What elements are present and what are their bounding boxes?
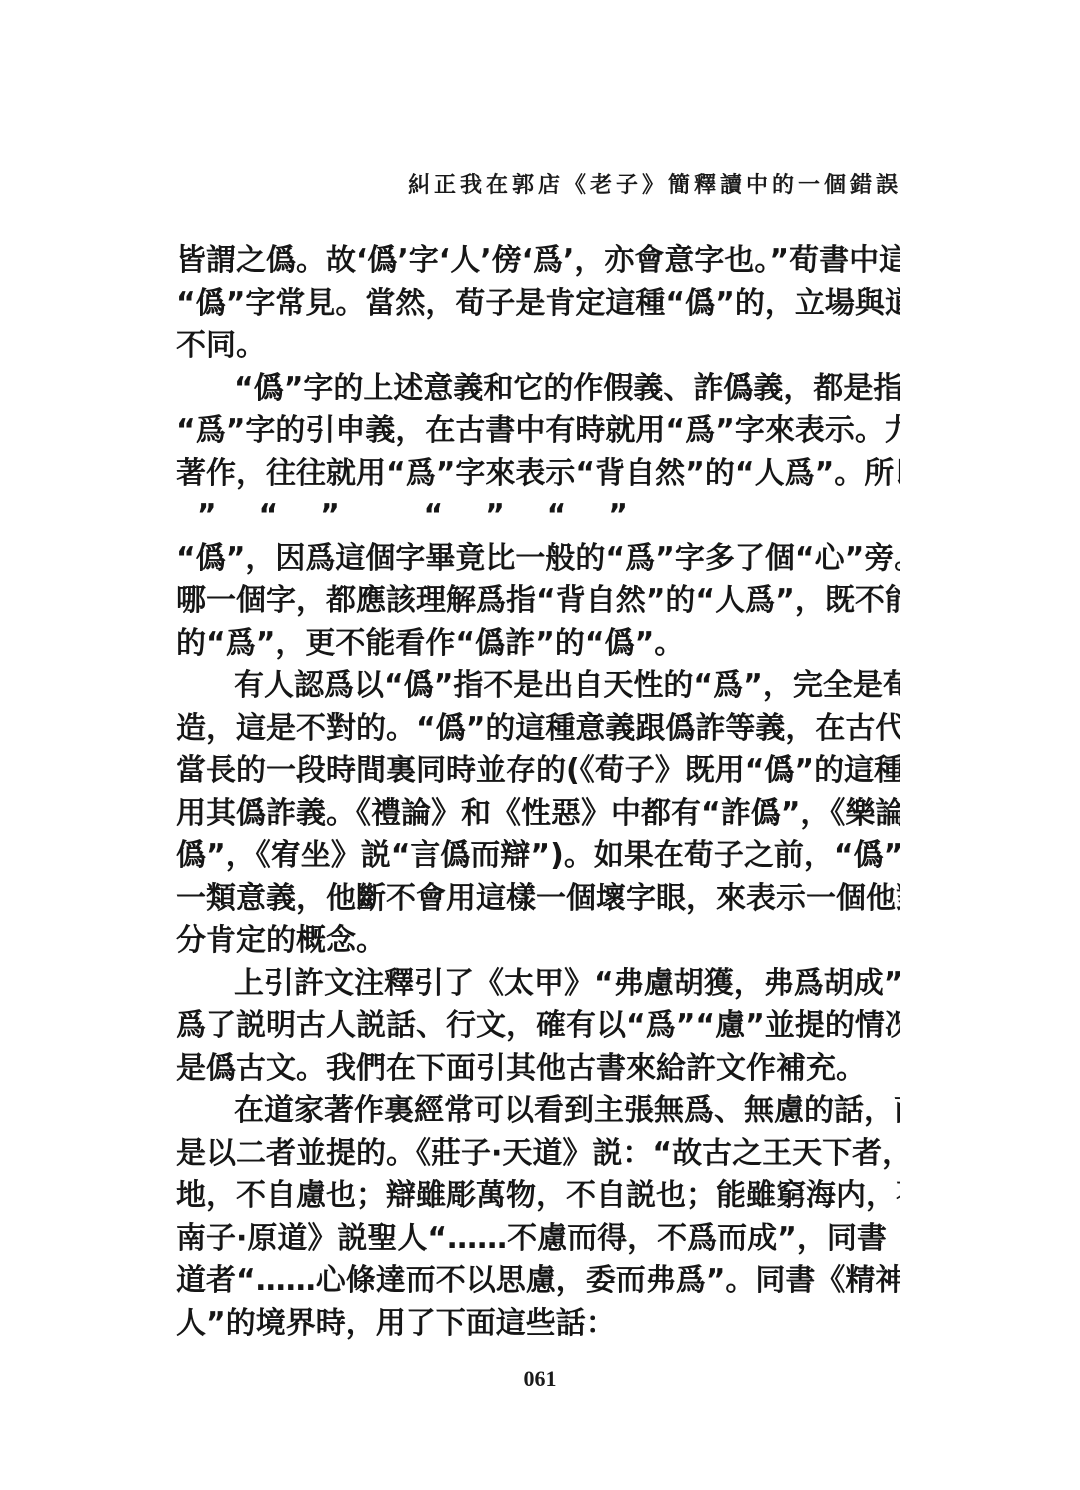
text-line: “僞”，因爲這個字畢竟比一般的“爲”字多了個“心”旁。不管釋爲 — [176, 538, 900, 581]
text-line: 分肯定的概念。 — [176, 920, 900, 963]
text-line: 是以二者並提的。《莊子·天道》説：“故古之王天下者，知雖落天 — [176, 1133, 900, 1176]
text-line: “僞”字的上述意義和它的作假義、詐僞義，都是指一般作爲的 — [176, 368, 900, 411]
text-line: 上引許文注釋引了《太甲》“弗慮胡獲，弗爲胡成”之語，當是 — [176, 963, 900, 1006]
running-head: 糾正我在郭店《老子》簡釋讀中的一個錯誤 — [408, 168, 902, 199]
text-line: 僞”，《宥坐》説“言僞而辯”)。如果在荀子之前，“僞”字只有僞詐 — [176, 835, 900, 878]
text-line: 𢡺”的“𢡺”釋讀爲“僞”或“爲”，都是可以的。但我傾向於釋 — [176, 495, 900, 538]
text-line: 地，不自慮也；辯雖彫萬物，不自説也；能雖窮海内，不自爲也。”《淮 — [176, 1175, 900, 1218]
text-line: 不同。 — [176, 325, 900, 368]
paragraph: “僞”字的上述意義和它的作假義、詐僞義，都是指一般作爲的 “爲”字的引申義，在古… — [176, 368, 900, 666]
page-number: 061 — [0, 1366, 1080, 1392]
paragraph: 在道家著作裏經常可以看到主張無爲、無慮的話，而且有時正 是以二者並提的。《莊子·… — [176, 1090, 900, 1345]
body-text: 皆謂之僞。故‘僞’字‘人’傍‘爲’，亦會意字也。”荀書中這種 “僞”字常見。當然… — [176, 240, 900, 1345]
text-line: 人”的境界時，用了下面這些話： — [176, 1303, 900, 1346]
paragraph: 上引許文注釋引了《太甲》“弗慮胡獲，弗爲胡成”之語，當是 爲了説明古人説話、行文… — [176, 963, 900, 1091]
text-line: 著作，往往就用“爲”字來表示“背自然”的“人爲”。所以把“絶 — [176, 453, 900, 496]
text-line: 造，這是不對的。“僞”的這種意義跟僞詐等義，在古代應該是在相 — [176, 708, 900, 751]
text-line: 的“爲”，更不能看作“僞詐”的“僞”。 — [176, 623, 900, 666]
text-line: 在道家著作裏經常可以看到主張無爲、無慮的話，而且有時正 — [176, 1090, 900, 1133]
text-line: 道者“……心條達而不以思慮，委而弗爲”。同書《精神》描述“真 — [176, 1260, 900, 1303]
text-line: “爲”字的引申義，在古書中有時就用“爲”字來表示。尤其是道家 — [176, 410, 900, 453]
text-line: 南子·原道》説聖人“……不慮而得，不爲而成”，同書《本經》説體 — [176, 1218, 900, 1261]
paragraph: 皆謂之僞。故‘僞’字‘人’傍‘爲’，亦會意字也。”荀書中這種 “僞”字常見。當然… — [176, 240, 900, 368]
text-line: 皆謂之僞。故‘僞’字‘人’傍‘爲’，亦會意字也。”荀書中這種 — [176, 240, 900, 283]
text-line: 哪一個字，都應該理解爲指“背自然”的“人爲”，既不能看作一般 — [176, 580, 900, 623]
text-line: “僞”字常見。當然，荀子是肯定這種“僞”的，立場與道家截然 — [176, 283, 900, 326]
paragraph: 有人認爲以“僞”指不是出自天性的“爲”，完全是荀子的創 造，這是不對的。“僞”的… — [176, 665, 900, 963]
text-line: 當長的一段時間裏同時並存的(《荀子》既用“僞”的這種意義，也 — [176, 750, 900, 793]
text-line: 一類意義，他斷不會用這樣一個壞字眼，來表示一個他對其價值十 — [176, 878, 900, 921]
text-line: 爲了説明古人説話、行文，確有以“爲”“慮”並提的情况。《太甲》 — [176, 1005, 900, 1048]
text-line: 是僞古文。我們在下面引其他古書來給許文作補充。 — [176, 1048, 900, 1091]
text-line: 用其僞詐義。《禮論》和《性惡》中都有“詐僞”，《樂論》説“著誠去 — [176, 793, 900, 836]
text-line: 有人認爲以“僞”指不是出自天性的“爲”，完全是荀子的創 — [176, 665, 900, 708]
